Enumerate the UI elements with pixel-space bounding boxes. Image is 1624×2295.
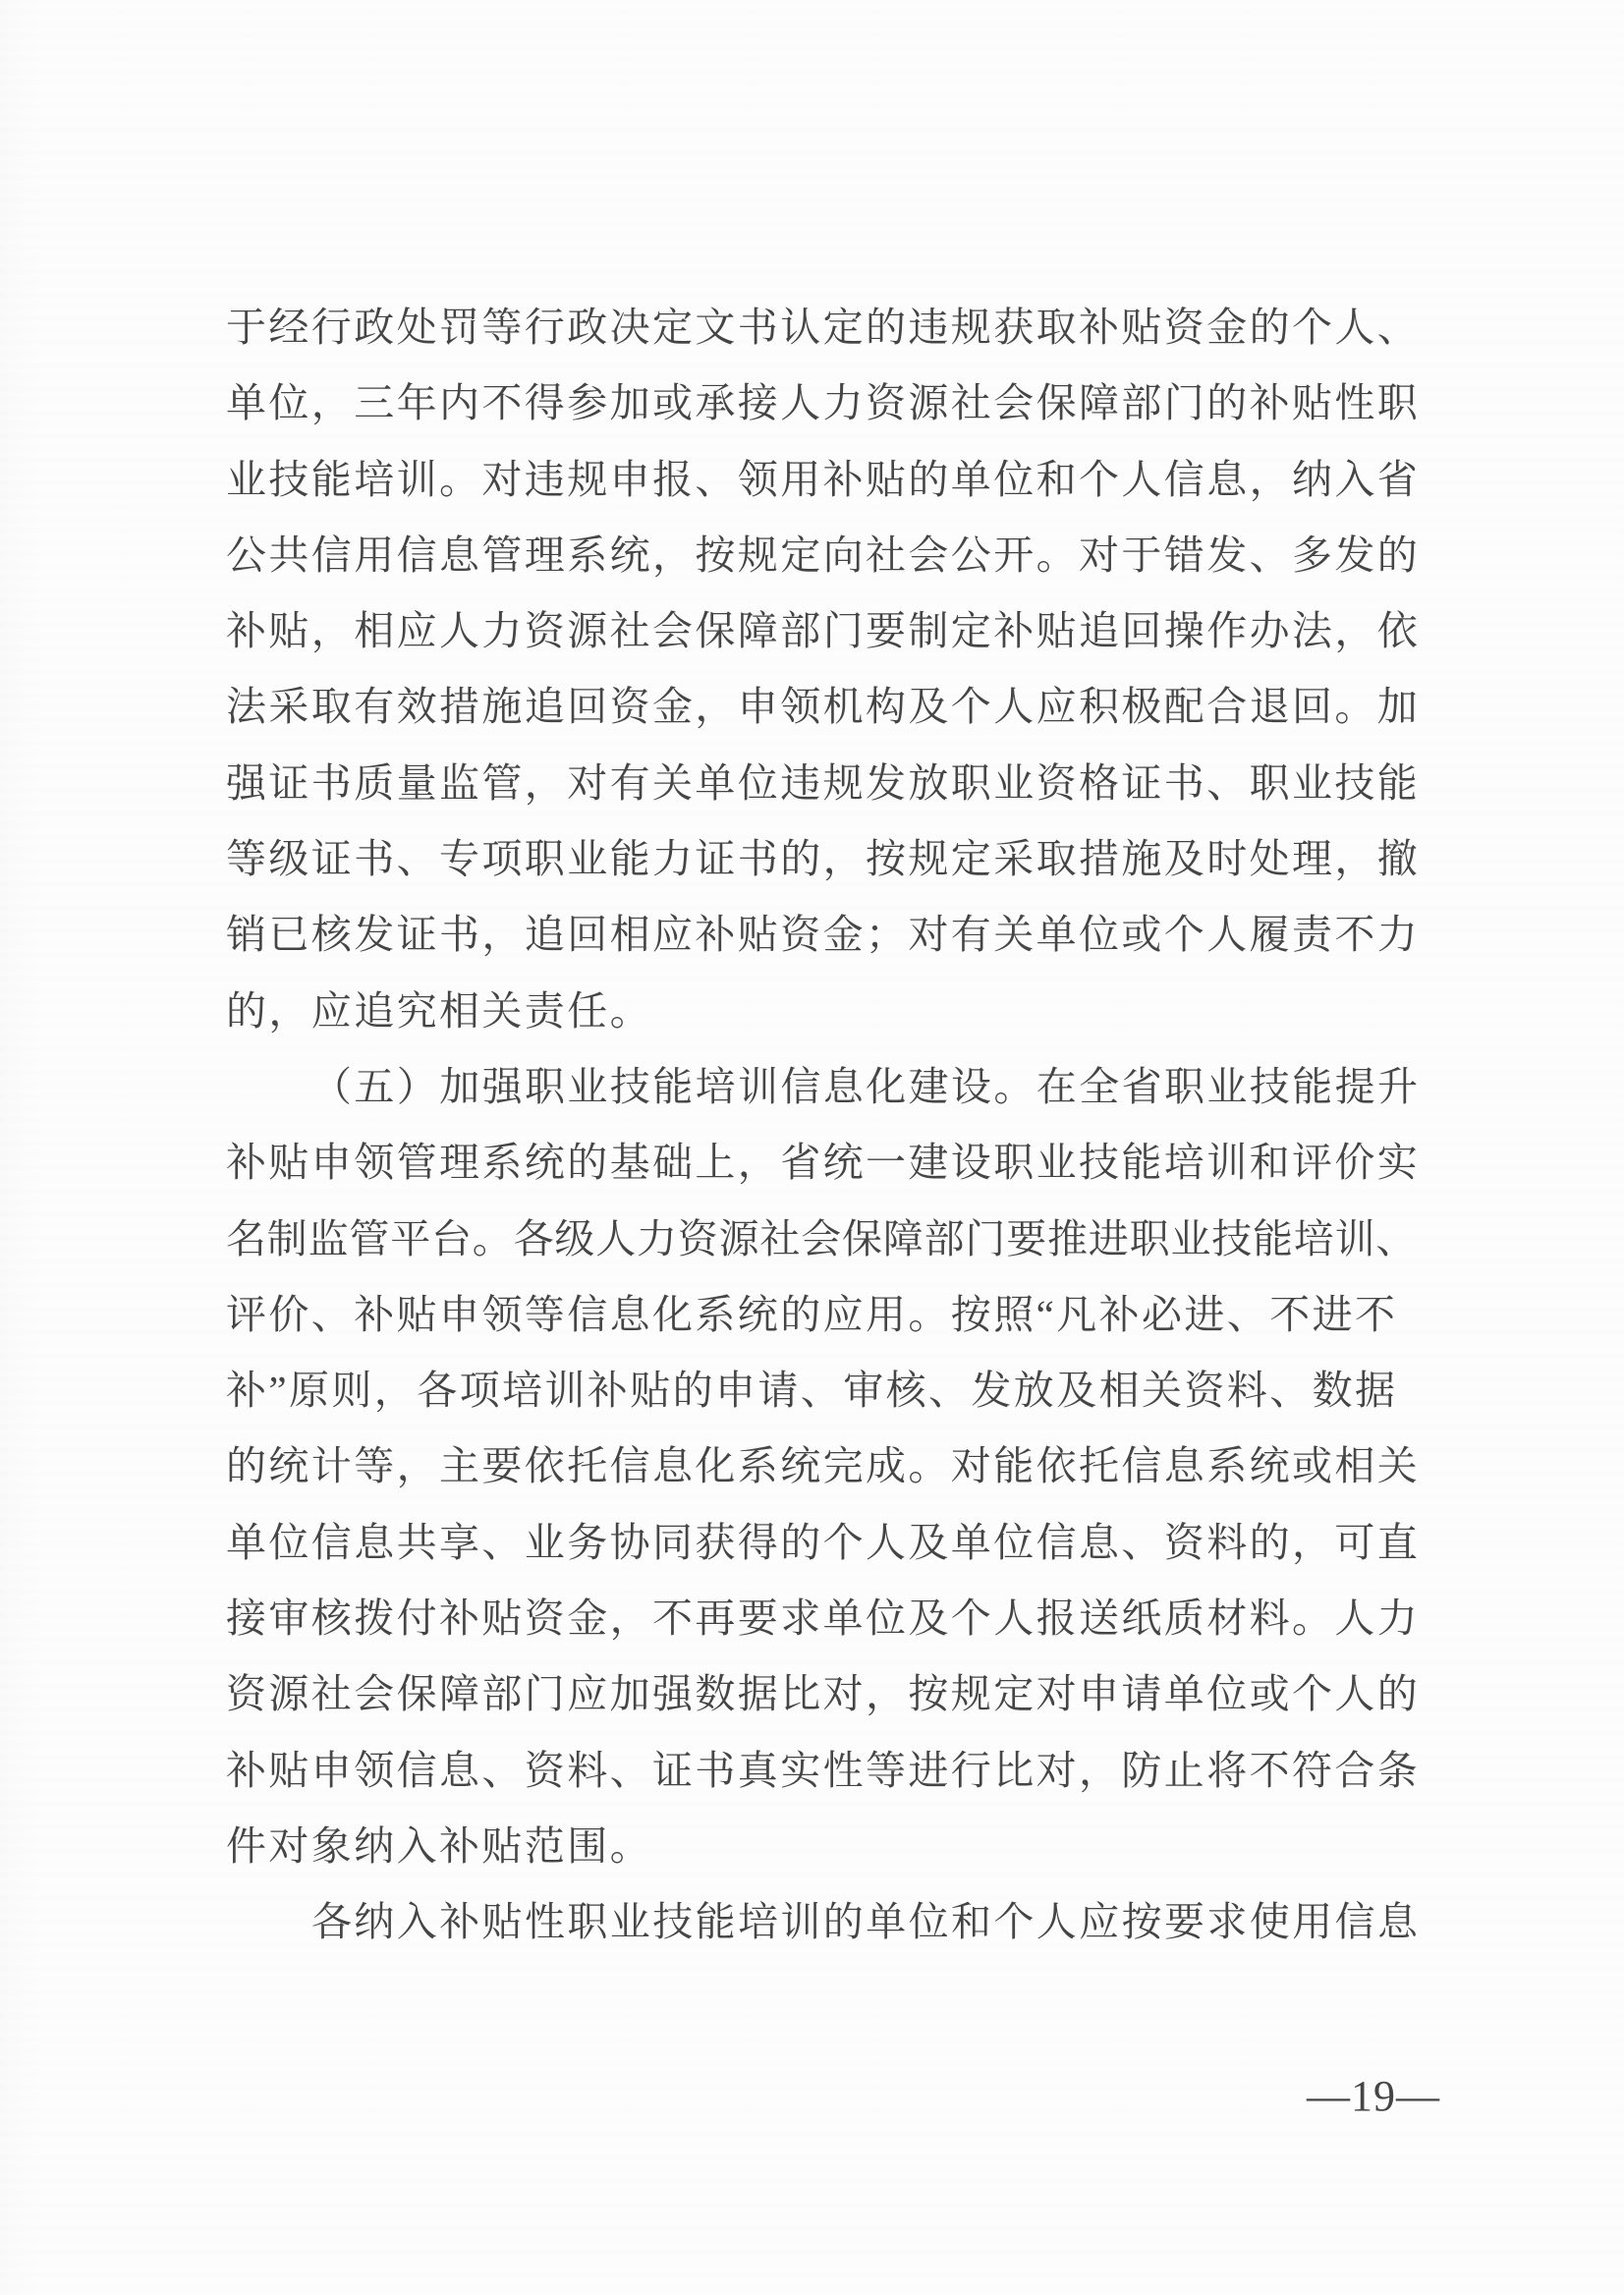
text-line: 件对象纳入补贴范围。 — [226, 1809, 1420, 1884]
text-line: 接审核拨付补贴资金，不再要求单位及个人报送纸质材料。人力 — [226, 1581, 1420, 1656]
text-line: 补贴申领管理系统的基础上，省统一建设职业技能培训和评价实 — [226, 1125, 1420, 1201]
text-line: 资源社会保障部门应加强数据比对，按规定对申请单位或个人的 — [226, 1656, 1420, 1732]
text-line: 等级证书、专项职业能力证书的，按规定采取措施及时处理，撤 — [226, 821, 1420, 897]
page-number: —19— — [1307, 2075, 1440, 2118]
text-line: 评价、补贴申领等信息化系统的应用。按照“凡补必进、不进不 — [226, 1277, 1420, 1353]
text-line: 补”原则，各项培训补贴的申请、审核、发放及相关资料、数据 — [226, 1353, 1420, 1428]
text-line: 公共信用信息管理系统，按规定向社会公开。对于错发、多发的 — [226, 518, 1420, 593]
text-line: 法采取有效措施追回资金，申领机构及个人应积极配合退回。加 — [226, 669, 1420, 745]
document-page: 于经行政处罚等行政决定文书认定的违规获取补贴资金的个人、单位，三年内不得参加或承… — [0, 0, 1624, 2295]
text-line: 于经行政处罚等行政决定文书认定的违规获取补贴资金的个人、 — [226, 290, 1420, 365]
text-line: 销已核发证书，追回相应补贴资金；对有关单位或个人履责不力 — [226, 897, 1420, 973]
text-line: 强证书质量监管，对有关单位违规发放职业资格证书、职业技能 — [226, 746, 1420, 821]
text-line: 的统计等，主要依托信息化系统完成。对能依托信息系统或相关 — [226, 1428, 1420, 1504]
document-lines: 于经行政处罚等行政决定文书认定的违规获取补贴资金的个人、单位，三年内不得参加或承… — [226, 290, 1420, 1961]
text-line: 补贴申领信息、资料、证书真实性等进行比对，防止将不符合条 — [226, 1733, 1420, 1809]
text-line: 的，应追究相关责任。 — [226, 974, 1420, 1049]
text-line: 名制监管平台。各级人力资源社会保障部门要推进职业技能培训、 — [226, 1202, 1420, 1277]
text-line: 各纳入补贴性职业技能培训的单位和个人应按要求使用信息 — [226, 1884, 1420, 1960]
text-line: 单位，三年内不得参加或承接人力资源社会保障部门的补贴性职 — [226, 365, 1420, 441]
text-line: 单位信息共享、业务协同获得的个人及单位信息、资料的，可直 — [226, 1505, 1420, 1581]
text-line: （五）加强职业技能培训信息化建设。在全省职业技能提升 — [226, 1049, 1420, 1125]
text-line: 业技能培训。对违规申报、领用补贴的单位和个人信息，纳入省 — [226, 442, 1420, 518]
text-line: 补贴，相应人力资源社会保障部门要制定补贴追回操作办法，依 — [226, 593, 1420, 669]
